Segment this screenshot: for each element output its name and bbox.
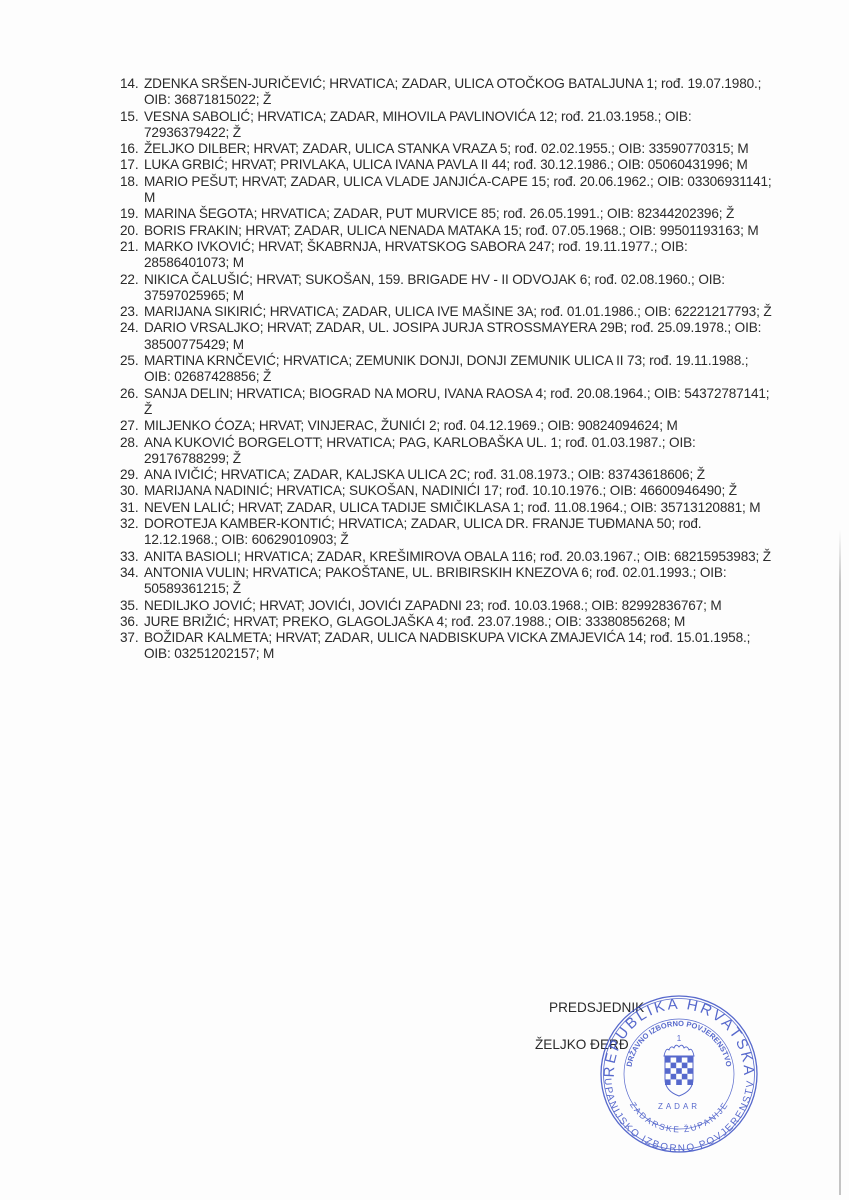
scan-edge-line — [839, 530, 841, 1195]
item-text: MARTINA KRNČEVIĆ; HRVATICA; ZEMUNIK DONJ… — [144, 353, 775, 386]
item-number: 20. — [120, 223, 144, 239]
item-text: NEDILJKO JOVIĆ; HRVAT; JOVIĆI, JOVIĆI ZA… — [144, 598, 775, 614]
item-text: ŽELJKO DILBER; HRVAT; ZADAR, ULICA STANK… — [144, 141, 775, 157]
item-number: 19. — [120, 206, 144, 222]
item-text: ANA KUKOVIĆ BORGELOTT; HRVATICA; PAG, KA… — [144, 435, 775, 468]
candidate-list: 14.ZDENKA SRŠEN-JURIČEVIĆ; HRVATICA; ZAD… — [120, 76, 775, 663]
item-number: 27. — [120, 418, 144, 434]
item-number: 18. — [120, 174, 144, 207]
list-item: 31.NEVEN LALIĆ; HRVAT; ZADAR, ULICA TADI… — [120, 500, 775, 516]
item-text: DARIO VRSALJKO; HRVAT; ZADAR, UL. JOSIPA… — [144, 320, 775, 353]
item-text: ANITA BASIOLI; HRVATICA; ZADAR, KREŠIMIR… — [144, 549, 775, 565]
item-text: BOŽIDAR KALMETA; HRVAT; ZADAR, ULICA NAD… — [144, 630, 775, 663]
item-text: MARIJANA NADINIĆ; HRVATICA; SUKOŠAN, NAD… — [144, 483, 775, 499]
item-text: MARKO IVKOVIĆ; HRVAT; ŠKABRNJA, HRVATSKO… — [144, 239, 775, 272]
svg-text:1: 1 — [677, 1034, 682, 1043]
item-number: 32. — [120, 516, 144, 549]
list-item: 17.LUKA GRBIĆ; HRVAT; PRIVLAKA, ULICA IV… — [120, 157, 775, 173]
list-item: 35.NEDILJKO JOVIĆ; HRVAT; JOVIĆI, JOVIĆI… — [120, 598, 775, 614]
item-number: 33. — [120, 549, 144, 565]
item-text: NIKICA ČALUŠIĆ; HRVAT; SUKOŠAN, 159. BRI… — [144, 272, 775, 305]
list-item: 24.DARIO VRSALJKO; HRVAT; ZADAR, UL. JOS… — [120, 320, 775, 353]
item-number: 17. — [120, 157, 144, 173]
list-item: 14.ZDENKA SRŠEN-JURIČEVIĆ; HRVATICA; ZAD… — [120, 76, 775, 109]
list-item: 21.MARKO IVKOVIĆ; HRVAT; ŠKABRNJA, HRVAT… — [120, 239, 775, 272]
item-text: BORIS FRAKIN; HRVAT; ZADAR, ULICA NENADA… — [144, 223, 775, 239]
item-number: 24. — [120, 320, 144, 353]
list-item: 30.MARIJANA NADINIĆ; HRVATICA; SUKOŠAN, … — [120, 483, 775, 499]
list-item: 25.MARTINA KRNČEVIĆ; HRVATICA; ZEMUNIK D… — [120, 353, 775, 386]
list-item: 16.ŽELJKO DILBER; HRVAT; ZADAR, ULICA ST… — [120, 141, 775, 157]
item-number: 29. — [120, 467, 144, 483]
item-number: 25. — [120, 353, 144, 386]
item-number: 14. — [120, 76, 144, 109]
list-item: 23.MARIJANA SIKIRIĆ; HRVATICA; ZADAR, UL… — [120, 304, 775, 320]
item-number: 23. — [120, 304, 144, 320]
document-page: 14.ZDENKA SRŠEN-JURIČEVIĆ; HRVATICA; ZAD… — [0, 0, 849, 1200]
item-number: 35. — [120, 598, 144, 614]
item-text: JURE BRIŽIĆ; HRVAT; PREKO, GLAGOLJAŠKA 4… — [144, 614, 775, 630]
list-item: 33.ANITA BASIOLI; HRVATICA; ZADAR, KREŠI… — [120, 549, 775, 565]
item-text: MARIJANA SIKIRIĆ; HRVATICA; ZADAR, ULICA… — [144, 304, 775, 320]
item-number: 21. — [120, 239, 144, 272]
item-text: ANTONIA VULIN; HRVATICA; PAKOŠTANE, UL. … — [144, 565, 775, 598]
item-text: ANA IVIČIĆ; HRVATICA; ZADAR, KALJSKA ULI… — [144, 467, 775, 483]
item-text: MARINA ŠEGOTA; HRVATICA; ZADAR, PUT MURV… — [144, 206, 775, 222]
list-item: 32.DOROTEJA KAMBER-KONTIĆ; HRVATICA; ZAD… — [120, 516, 775, 549]
list-item: 37.BOŽIDAR KALMETA; HRVAT; ZADAR, ULICA … — [120, 630, 775, 663]
item-number: 15. — [120, 109, 144, 142]
list-item: 20.BORIS FRAKIN; HRVAT; ZADAR, ULICA NEN… — [120, 223, 775, 239]
item-number: 30. — [120, 483, 144, 499]
list-item: 27.MILJENKO ĆOZA; HRVAT; VINJERAC, ŽUNIĆ… — [120, 418, 775, 434]
item-text: SANJA DELIN; HRVATICA; BIOGRAD NA MORU, … — [144, 386, 775, 419]
list-item: 18.MARIO PEŠUT; HRVAT; ZADAR, ULICA VLAD… — [120, 174, 775, 207]
item-text: MARIO PEŠUT; HRVAT; ZADAR, ULICA VLADE J… — [144, 174, 775, 207]
list-item: 15.VESNA SABOLIĆ; HRVATICA; ZADAR, MIHOV… — [120, 109, 775, 142]
svg-text:ZADAR: ZADAR — [658, 1102, 700, 1111]
item-number: 26. — [120, 386, 144, 419]
item-text: DOROTEJA KAMBER-KONTIĆ; HRVATICA; ZADAR,… — [144, 516, 775, 549]
item-number: 22. — [120, 272, 144, 305]
list-item: 19.MARINA ŠEGOTA; HRVATICA; ZADAR, PUT M… — [120, 206, 775, 222]
list-item: 22.NIKICA ČALUŠIĆ; HRVAT; SUKOŠAN, 159. … — [120, 272, 775, 305]
item-text: NEVEN LALIĆ; HRVAT; ZADAR, ULICA TADIJE … — [144, 500, 775, 516]
item-number: 28. — [120, 435, 144, 468]
item-number: 16. — [120, 141, 144, 157]
list-item: 34.ANTONIA VULIN; HRVATICA; PAKOŠTANE, U… — [120, 565, 775, 598]
item-text: MILJENKO ĆOZA; HRVAT; VINJERAC, ŽUNIĆI 2… — [144, 418, 775, 434]
item-number: 31. — [120, 500, 144, 516]
item-text: VESNA SABOLIĆ; HRVATICA; ZADAR, MIHOVILA… — [144, 109, 775, 142]
list-item: 28.ANA KUKOVIĆ BORGELOTT; HRVATICA; PAG,… — [120, 435, 775, 468]
official-stamp-icon: REPUBLIKA HRVATSKA ŽUPANIJSKO IZBORNO PO… — [598, 993, 760, 1155]
item-number: 34. — [120, 565, 144, 598]
list-item: 29.ANA IVIČIĆ; HRVATICA; ZADAR, KALJSKA … — [120, 467, 775, 483]
item-number: 36. — [120, 614, 144, 630]
list-item: 36.JURE BRIŽIĆ; HRVAT; PREKO, GLAGOLJAŠK… — [120, 614, 775, 630]
item-number: 37. — [120, 630, 144, 663]
item-text: LUKA GRBIĆ; HRVAT; PRIVLAKA, ULICA IVANA… — [144, 157, 775, 173]
list-item: 26.SANJA DELIN; HRVATICA; BIOGRAD NA MOR… — [120, 386, 775, 419]
item-text: ZDENKA SRŠEN-JURIČEVIĆ; HRVATICA; ZADAR,… — [144, 76, 775, 109]
